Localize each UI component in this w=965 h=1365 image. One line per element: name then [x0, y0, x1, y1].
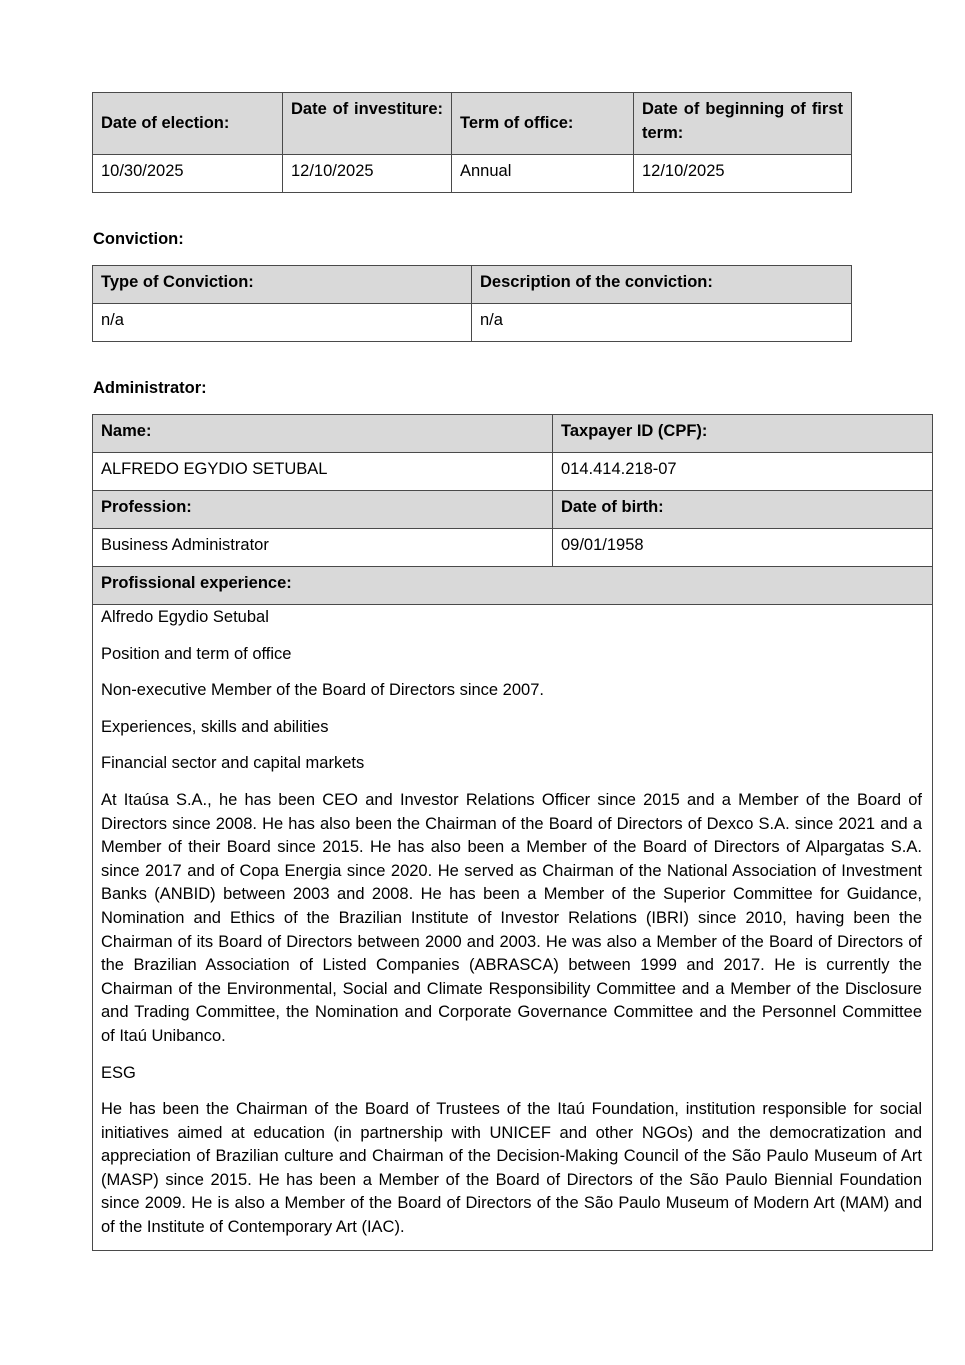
- date-of-election-value: 10/30/2025: [93, 155, 283, 193]
- type-of-conviction-value: n/a: [93, 304, 472, 342]
- type-of-conviction-header: Type of Conviction:: [93, 266, 472, 304]
- cpf-header: Taxpayer ID (CPF):: [553, 415, 933, 453]
- name-header: Name:: [93, 415, 553, 453]
- administrator-value-row: ALFREDO EGYDIO SETUBAL 014.414.218-07: [93, 453, 933, 491]
- experience-paragraph: Alfredo Egydio Setubal: [101, 606, 922, 630]
- profession-value-row: Business Administrator 09/01/1958: [93, 529, 933, 567]
- professional-experience-header: Profissional experience:: [93, 567, 933, 605]
- experience-paragraph: Financial sector and capital markets: [101, 752, 922, 776]
- name-value: ALFREDO EGYDIO SETUBAL: [93, 453, 553, 491]
- professional-experience-body: Alfredo Egydio Setubal Position and term…: [93, 605, 933, 1251]
- experience-paragraph: He has been the Chairman of the Board of…: [101, 1098, 922, 1240]
- profession-header: Profession:: [93, 491, 553, 529]
- profession-header-row: Profession: Date of birth:: [93, 491, 933, 529]
- experience-paragraph: Non-executive Member of the Board of Dir…: [101, 679, 922, 703]
- experience-paragraph: At Itaúsa S.A., he has been CEO and Inve…: [101, 789, 922, 1049]
- experience-row: Alfredo Egydio Setubal Position and term…: [93, 605, 933, 1251]
- experience-paragraph: Position and term of office: [101, 643, 922, 667]
- date-of-investiture-header: Date of investiture:: [283, 93, 452, 155]
- profession-value: Business Administrator: [93, 529, 553, 567]
- experience-header-row: Profissional experience:: [93, 567, 933, 605]
- cpf-value: 014.414.218-07: [553, 453, 933, 491]
- date-of-investiture-header-text: Date of investiture:: [291, 98, 443, 122]
- conviction-table-row: n/a n/a: [93, 304, 852, 342]
- description-of-conviction-value: n/a: [472, 304, 852, 342]
- date-of-election-header: Date of election:: [93, 93, 283, 155]
- date-of-beginning-value: 12/10/2025: [634, 155, 852, 193]
- conviction-section-label: Conviction:: [93, 230, 184, 249]
- date-of-beginning-header-text: Date of beginning of first term:: [642, 98, 843, 145]
- conviction-table: Type of Conviction: Description of the c…: [92, 265, 852, 342]
- date-of-investiture-value: 12/10/2025: [283, 155, 452, 193]
- administrator-header-row: Name: Taxpayer ID (CPF):: [93, 415, 933, 453]
- administrator-section-label: Administrator:: [93, 379, 207, 398]
- conviction-table-header-row: Type of Conviction: Description of the c…: [93, 266, 852, 304]
- term-of-office-value: Annual: [452, 155, 634, 193]
- experience-paragraph: Experiences, skills and abilities: [101, 716, 922, 740]
- date-of-beginning-header: Date of beginning of first term:: [634, 93, 852, 155]
- election-table: Date of election: Date of investiture: T…: [92, 92, 852, 193]
- election-table-header-row: Date of election: Date of investiture: T…: [93, 93, 852, 155]
- administrator-table: Name: Taxpayer ID (CPF): ALFREDO EGYDIO …: [92, 414, 933, 1251]
- experience-paragraph: ESG: [101, 1062, 922, 1086]
- term-of-office-header: Term of office:: [452, 93, 634, 155]
- date-of-birth-header: Date of birth:: [553, 491, 933, 529]
- date-of-birth-value: 09/01/1958: [553, 529, 933, 567]
- description-of-conviction-header: Description of the conviction:: [472, 266, 852, 304]
- election-table-row: 10/30/2025 12/10/2025 Annual 12/10/2025: [93, 155, 852, 193]
